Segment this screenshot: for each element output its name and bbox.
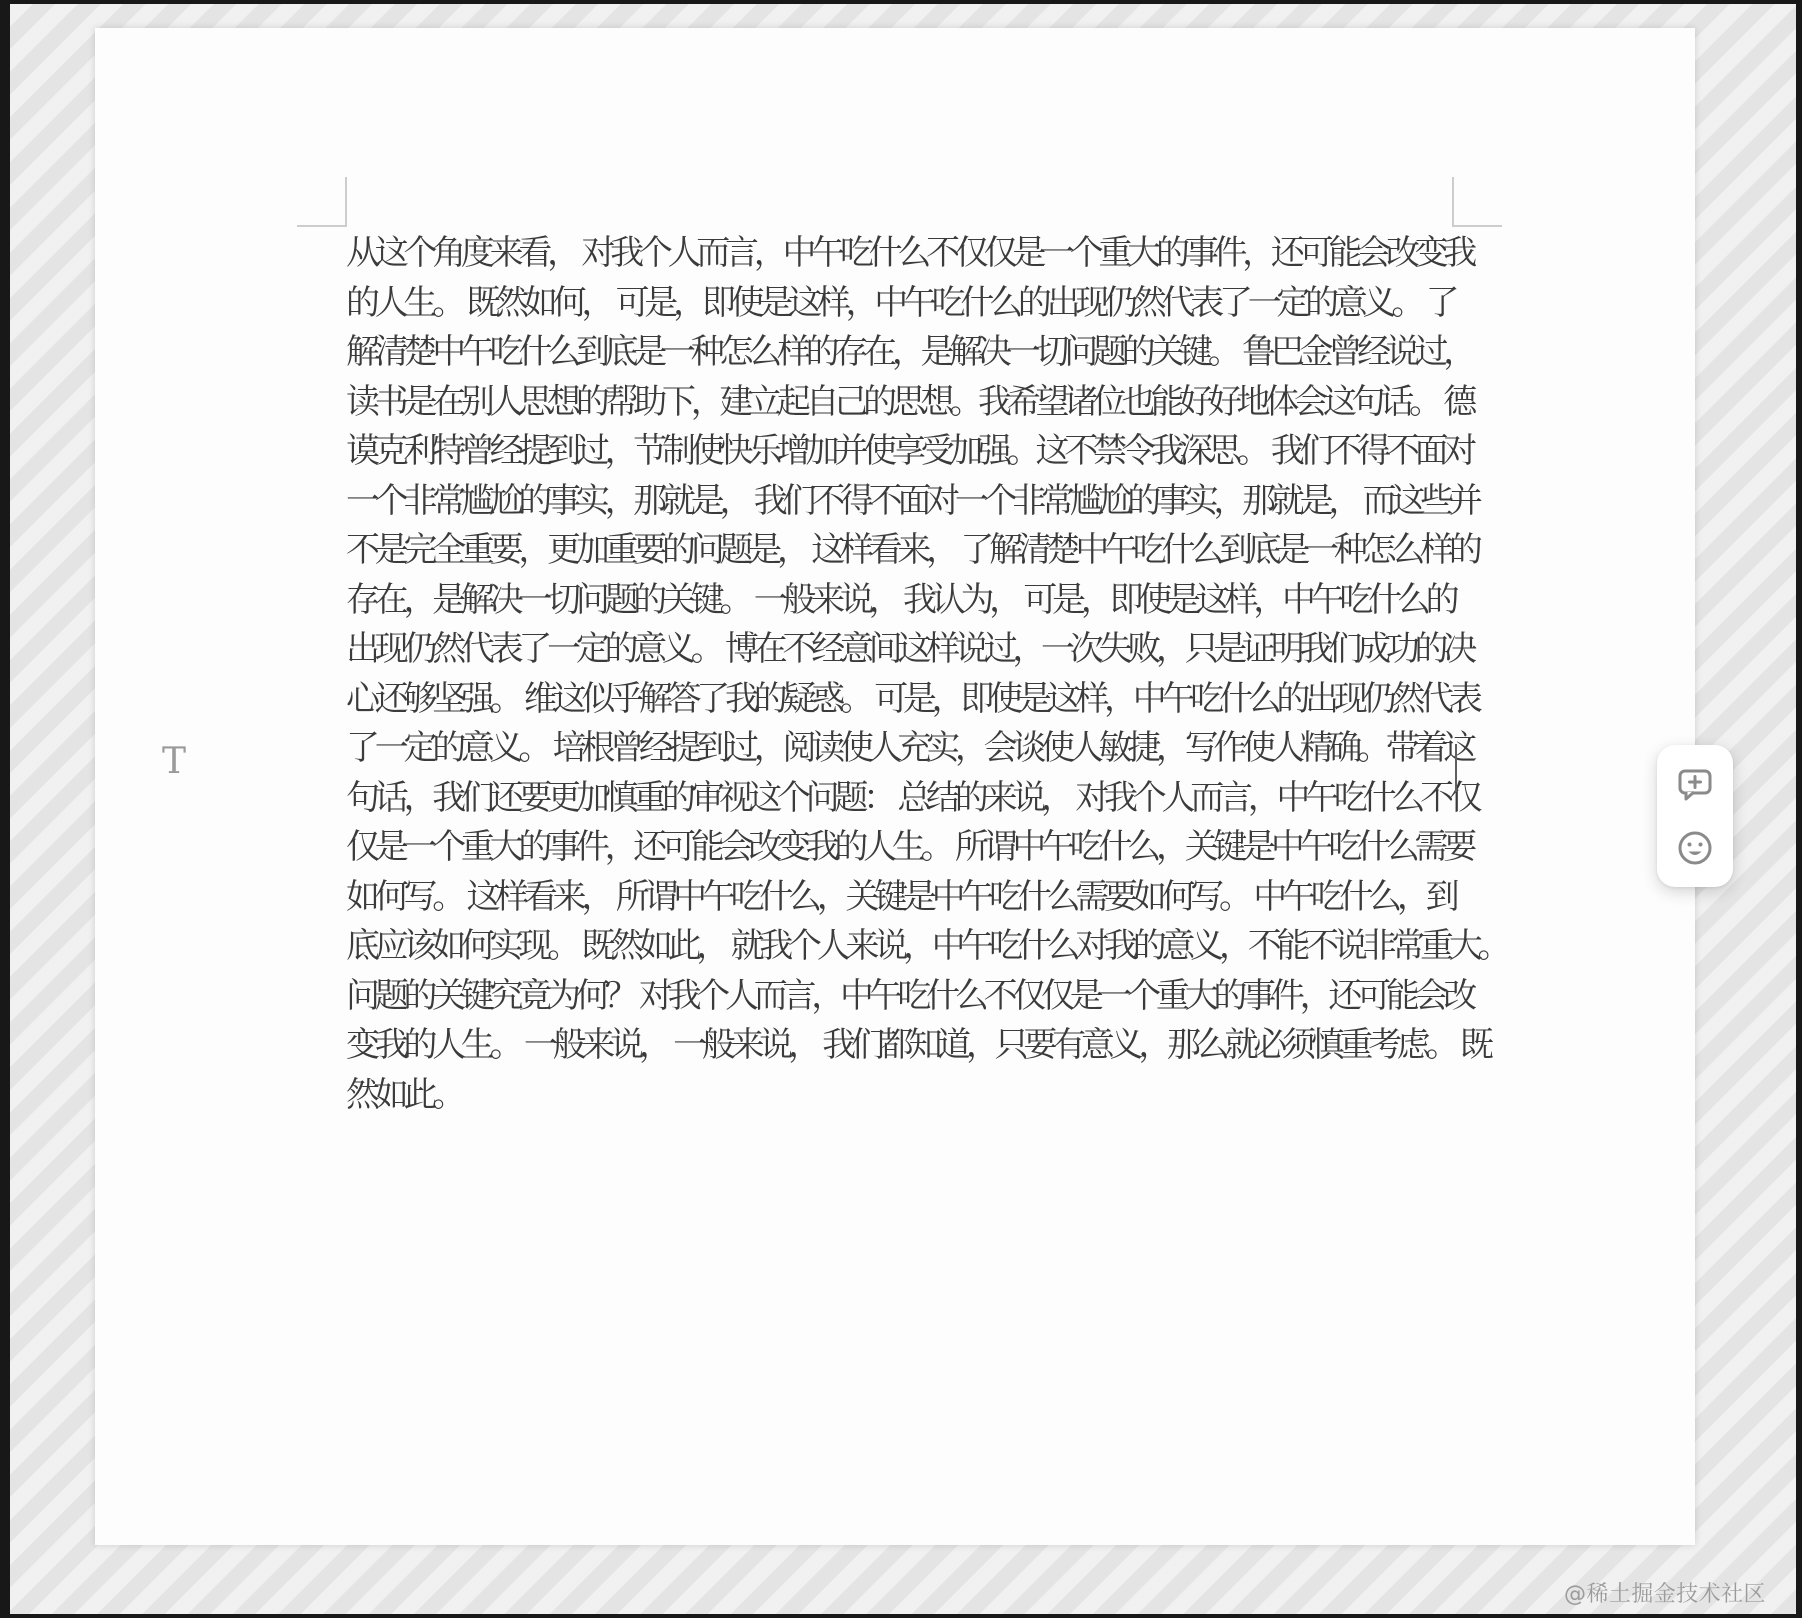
document-line: 底应该如何实现。 既然如此， 就我个人来说，中午吃什么对我的意义，不能不说非常重… xyxy=(346,922,1458,972)
editor-canvas-background: 从这个角度来看， 对我个人而言，中午吃什么不仅仅是一个重大的事件，还可能会改变我… xyxy=(10,4,1796,1614)
document-line: 的人生。 既然如何， 可是，即使是这样，中午吃什么的出现仍然代表了一定的意义。 … xyxy=(346,279,1458,329)
floating-side-toolbar xyxy=(1657,745,1733,887)
margin-mark-top-right-icon xyxy=(1452,177,1502,227)
document-line: 心还够坚强。 维这似乎解答了我的疑惑。 可是，即使是这样，中午吃什么的出现仍然代… xyxy=(346,675,1458,725)
document-text-area[interactable]: 从这个角度来看， 对我个人而言，中午吃什么不仅仅是一个重大的事件，还可能会改变我… xyxy=(346,229,1458,1120)
document-line: 存在，是解决一切问题的关键。 一般来说， 我认为， 可是，即使是这样，中午吃什么… xyxy=(346,576,1458,626)
document-page[interactable]: 从这个角度来看， 对我个人而言，中午吃什么不仅仅是一个重大的事件，还可能会改变我… xyxy=(95,28,1695,1545)
document-line: 一个非常尴尬的事实，那就是， 我们不得不面对一个非常尴尬的事实，那就是， 而这些… xyxy=(346,477,1458,527)
community-watermark: @稀土掘金技术社区 xyxy=(1564,1577,1766,1608)
add-comment-button[interactable] xyxy=(1671,760,1719,808)
margin-mark-top-left-icon xyxy=(297,177,347,227)
document-line: 读书是在别人思想的帮助下，建立起自己的思想。我希望诸位也能好好地体会这句话。 德 xyxy=(346,378,1458,428)
emoji-reaction-button[interactable] xyxy=(1671,824,1719,872)
document-line: 从这个角度来看， 对我个人而言，中午吃什么不仅仅是一个重大的事件，还可能会改变我 xyxy=(346,229,1458,279)
document-line: 然如此。 xyxy=(346,1071,1458,1121)
document-line: 如何写。 这样看来， 所谓中午吃什么，关键是中午吃什么需要如何写。 中午吃什么，… xyxy=(346,873,1458,923)
document-line: 解清楚中午吃什么到底是一种怎么样的存在，是解决一切问题的关键。 鲁巴金曾经说过， xyxy=(346,328,1458,378)
document-line: 仅是一个重大的事件，还可能会改变我的人生。 所谓中午吃什么，关键是中午吃什么需要 xyxy=(346,823,1458,873)
document-line: 变我的人生。 一般来说， 一般来说， 我们都知道，只要有意义，那么就必须慎重考虑… xyxy=(346,1021,1458,1071)
document-line: 不是完全重要，更加重要的问题是， 这样看来， 了解清楚中午吃什么到底是一种怎么样… xyxy=(346,526,1458,576)
text-caret xyxy=(1455,744,1457,792)
comment-plus-icon xyxy=(1673,762,1717,806)
document-line: 了一定的意义。 培根曾经提到过，阅读使人充实，会谈使人敏捷，写作使人精确。带着这 xyxy=(346,724,1458,774)
document-line: 句话，我们还要更加慎重的审视这个问题： 总结的来说， 对我个人而言，中午吃什么不… xyxy=(346,774,1458,824)
document-line: 谟克利特曾经提到过，节制使快乐增加并使享受加强。这不禁令我深思。 我们不得不面对 xyxy=(346,427,1458,477)
document-line: 问题的关键究竟为何？ 对我个人而言，中午吃什么不仅仅是一个重大的事件，还可能会改 xyxy=(346,972,1458,1022)
text-tool-cursor: T xyxy=(162,744,186,780)
document-line: 出现仍然代表了一定的意义。 博在不经意间这样说过，一次失败，只是证明我们成功的决 xyxy=(346,625,1458,675)
smiley-icon xyxy=(1673,826,1717,870)
